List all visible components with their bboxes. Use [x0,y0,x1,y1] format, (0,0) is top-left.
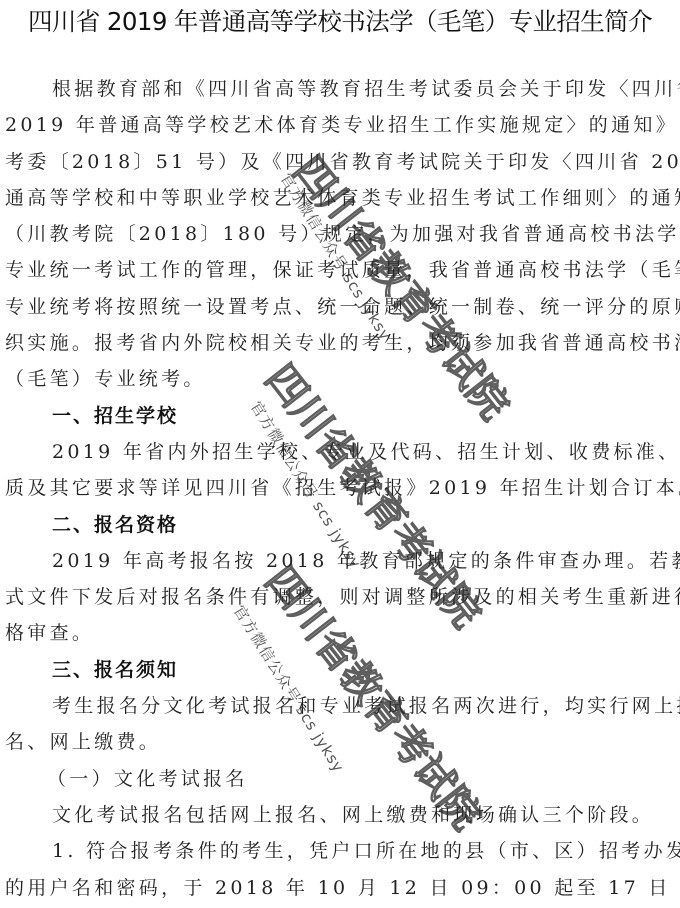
paragraph-line: 式文件下发后对报名条件有调整，则对调整所涉及的相关考生重新进行资 [5,579,677,615]
paragraph-line: 文化考试报名包括网上报名、网上缴费和现场确认三个阶段。 [5,797,677,833]
paragraph-line: 质及其它要求等详见四川省《招生考试报》2019 年招生计划合订本。 [5,470,677,506]
paragraph-line: 专业统考将按照统一设置考点、统一命题、统一制卷、统一评分的原则组 [5,289,677,325]
paragraph-line: 通高等学校和中等职业学校艺术体育类专业招生考试工作细则〉的通知》 [5,180,677,216]
section-heading-registration: 三、报名须知 [5,652,677,688]
paragraph-line: 考委〔2018〕51 号）及《四川省教育考试院关于印发〈四川省 2019 年普 [5,144,677,180]
paragraph-line: 1. 符合报考条件的考生，凭户口所在地的县（市、区）招考办发放 [5,833,677,869]
paragraph-line: 根据教育部和《四川省高等教育招生考试委员会关于印发〈四川省 [5,71,677,107]
paragraph-line: 2019 年普通高等学校艺术体育类专业招生工作实施规定〉的通知》（川招 [5,107,677,143]
document-body: 根据教育部和《四川省高等教育招生考试委员会关于印发〈四川省 2019 年普通高等… [5,71,677,906]
paragraph-line: 名、网上缴费。 [5,724,677,760]
paragraph-line: 2019 年高考报名按 2018 年教育部规定的条件审查办理。若教育部正 [5,543,677,579]
paragraph-line: 2019 年省内外招生学校、专业及代码、招生计划、收费标准、办学性 [5,434,677,470]
paragraph-line: 的用户名和密码，于 2018 年 10 月 12 日 09：00 起至 17 日… [5,870,677,906]
section-heading-schools: 一、招生学校 [5,398,677,434]
paragraph-line: （毛笔）专业统考。 [5,361,677,397]
paragraph-line: 织实施。报考省内外院校相关专业的考生，均须参加我省普通高校书法学 [5,325,677,361]
subsection-heading-culture-exam: （一）文化考试报名 [5,761,677,797]
paragraph-line: 格审查。 [5,615,677,651]
document-page: 四川省 2019 年普通高等学校书法学（毛笔）专业招生简介 根据教育部和《四川省… [0,0,680,908]
section-heading-eligibility: 二、报名资格 [5,507,677,543]
document-title: 四川省 2019 年普通高等学校书法学（毛笔）专业招生简介 [0,4,680,40]
paragraph-line: 专业统一考试工作的管理，保证考试质量，我省普通高校书法学（毛笔） [5,252,677,288]
paragraph-line: （川教考院〔2018〕180 号）规定，为加强对我省普通高校书法学（毛笔） [5,216,677,252]
paragraph-line: 考生报名分文化考试报名和专业考试报名两次进行，均实行网上报 [5,688,677,724]
